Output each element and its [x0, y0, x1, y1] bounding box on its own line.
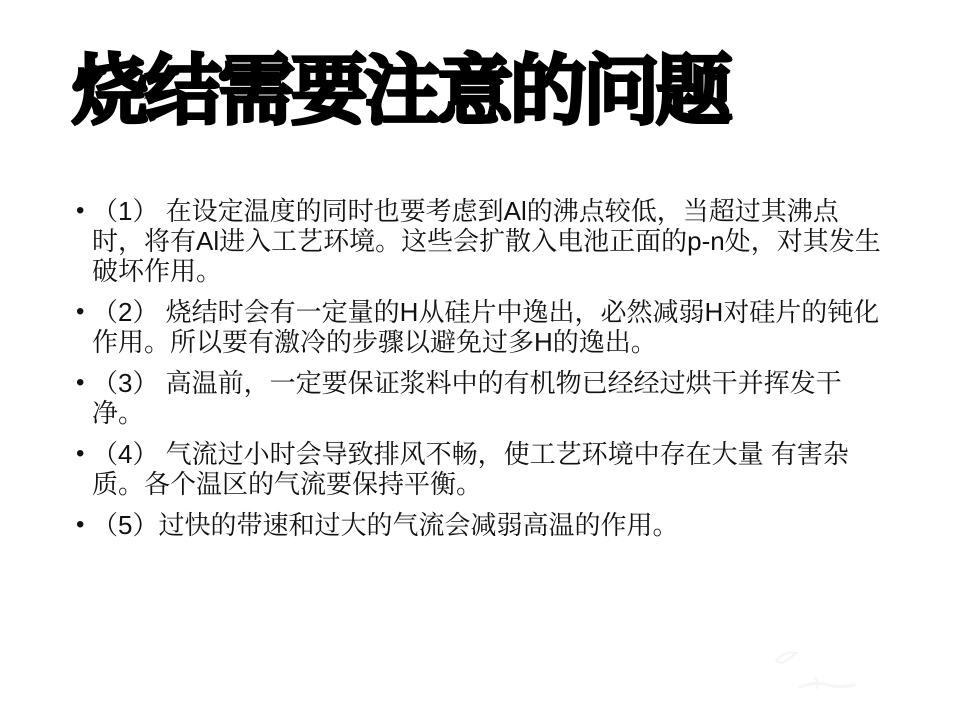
- bullet-text-2: （2） 烧结时会有一定量的H从硅片中逸出，必然减弱H对硅片的钝化作用。所以要有激…: [92, 297, 879, 357]
- bullet-icon: •: [76, 439, 84, 469]
- bullet-icon: •: [76, 196, 84, 226]
- bullet-item-4: • （4） 气流过小时会导致排风不畅，使工艺环境中存在大量 有害杂质。各个温区的…: [76, 439, 886, 499]
- slide-title: 烧结需要注意的问题: [72, 52, 892, 132]
- bullet-text-1: （1） 在设定温度的同时也要考虑到Al的沸点较低，当超过其沸点时，将有Al进入工…: [92, 196, 881, 286]
- bullet-text-4: （4） 气流过小时会导致排风不畅，使工艺环境中存在大量 有害杂质。各个温区的气流…: [92, 439, 849, 499]
- watermark: [770, 643, 880, 698]
- bullet-icon: •: [76, 368, 84, 398]
- bullet-item-1: • （1） 在设定温度的同时也要考虑到Al的沸点较低，当超过其沸点时，将有Al进…: [76, 196, 886, 286]
- bullet-text-3: （3） 高温前，一定要保证浆料中的有机物已经经过烘干并挥发干净。: [92, 368, 842, 428]
- bullet-icon: •: [76, 297, 84, 327]
- bullet-text-5: （5）过快的带速和过大的气流会减弱高温的作用。: [92, 510, 678, 540]
- bullet-list: • （1） 在设定温度的同时也要考虑到Al的沸点较低，当超过其沸点时，将有Al进…: [76, 196, 886, 551]
- bullet-item-2: • （2） 烧结时会有一定量的H从硅片中逸出，必然减弱H对硅片的钝化作用。所以要…: [76, 297, 886, 357]
- bullet-icon: •: [76, 510, 84, 540]
- bullet-item-3: • （3） 高温前，一定要保证浆料中的有机物已经经过烘干并挥发干净。: [76, 368, 886, 428]
- bullet-item-5: • （5）过快的带速和过大的气流会减弱高温的作用。: [76, 510, 886, 540]
- presentation-slide: 烧结需要注意的问题 • （1） 在设定温度的同时也要考虑到Al的沸点较低，当超过…: [0, 0, 960, 720]
